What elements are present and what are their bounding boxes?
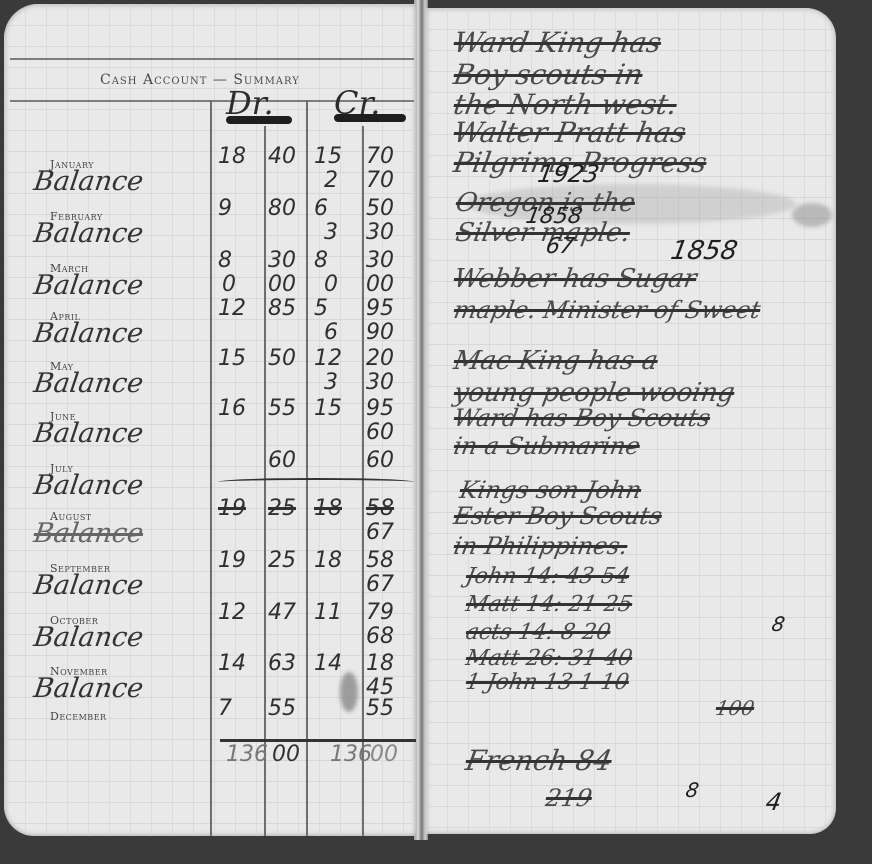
debit-dollars: 18	[218, 144, 246, 169]
debit-cents: 47	[268, 600, 296, 625]
balance-credit-cents: 60	[366, 420, 394, 445]
struck-note-line: acts 14: 8-20	[464, 620, 613, 645]
credit-cents: 60	[366, 448, 394, 473]
month-label: December	[50, 710, 107, 723]
balance-label: Balance	[32, 368, 146, 399]
balance-credit-cents: 00	[366, 272, 394, 297]
debit-cents: 55	[268, 396, 296, 421]
balance-label: Balance	[32, 218, 146, 249]
debit-cents: 25	[268, 548, 296, 573]
balance-label: Balance	[32, 270, 146, 301]
credit-cents: 70	[366, 144, 394, 169]
header-underline	[334, 114, 406, 122]
left-page-cash-account: Cash Account — Summary Dr. Cr. January18…	[4, 4, 416, 836]
note-number: 1858	[668, 236, 739, 266]
credit-dollars: 15	[314, 144, 342, 169]
debit-dollars: 19	[218, 548, 246, 573]
struck-note-line: Silver maple.	[453, 218, 632, 248]
credit-cents: 18	[366, 651, 394, 676]
ink-smudge	[792, 203, 832, 227]
balance-credit-cents: 30	[366, 220, 394, 245]
credit-dollars: 5	[314, 296, 328, 321]
header-underline	[226, 116, 292, 124]
credit-dollars: 11	[314, 600, 342, 625]
debit-dollars: 9	[218, 196, 232, 221]
credit-dollars: 6	[314, 196, 328, 221]
credit-dollars: 8	[314, 248, 328, 273]
balance-label: Balance	[32, 570, 146, 601]
struck-note-line: 219	[544, 784, 595, 812]
struck-note-line: Ward has Boy Scouts	[452, 404, 713, 432]
credit-cents: 20	[366, 346, 394, 371]
balance-label: Balance	[32, 470, 146, 501]
struck-note-line: maple. Minister of Sweet	[452, 296, 763, 324]
struck-note-line: in a Submarine	[452, 432, 643, 460]
credit-cents: 95	[366, 296, 394, 321]
debit-cents: 80	[268, 196, 296, 221]
balance-label: Balance	[32, 166, 146, 197]
column-line	[306, 100, 308, 836]
balance-credit-dollars: 3	[324, 220, 338, 245]
balance-credit-dollars: 0	[324, 272, 338, 297]
credit-cents: 30	[366, 248, 394, 273]
credit-cents: 95	[366, 396, 394, 421]
credit-cents: 50	[366, 196, 394, 221]
struck-note-line: Matt 26: 31-40	[464, 646, 635, 671]
credit-dollars: 18	[314, 548, 342, 573]
credit-cents: 55	[366, 696, 394, 721]
balance-credit-dollars: 6	[324, 320, 338, 345]
balance-credit-cents: 67	[366, 520, 394, 545]
balance-credit-cents: 68	[366, 624, 394, 649]
debit-dollars: 12	[218, 600, 246, 625]
total-dr-cents: 00	[272, 742, 300, 767]
balance-credit-dollars: 3	[324, 370, 338, 395]
struck-note-line: Kings son John	[458, 476, 644, 504]
debit-cents: 60	[268, 448, 296, 473]
balance-debit-cents: 00	[268, 272, 296, 297]
debit-dollars: 14	[218, 651, 246, 676]
struck-note-line: 1 John 13 1-10	[464, 670, 631, 695]
top-rule	[10, 58, 414, 60]
debit-dollars: 19	[218, 496, 246, 521]
credit-cents: 79	[366, 600, 394, 625]
struck-note-line: in Philippines.	[452, 532, 630, 560]
ink-blot	[340, 672, 358, 712]
total-cr-dollars: 136	[330, 742, 372, 767]
note-number: 1923	[536, 160, 602, 188]
struck-note-line: John 14: 43-54	[464, 564, 632, 589]
debit-cents: 40	[268, 144, 296, 169]
note-number: 67	[544, 234, 576, 259]
credit-dollars: 14	[314, 651, 342, 676]
balance-label: Balance	[32, 673, 146, 704]
balance-label: Balance	[32, 318, 146, 349]
debit-cents: 25	[268, 496, 296, 521]
total-cr-cents: 00	[370, 742, 398, 767]
balance-label: Balance	[32, 518, 146, 549]
balance-credit-cents: 70	[366, 168, 394, 193]
debit-cents: 50	[268, 346, 296, 371]
credit-dollars: 15	[314, 396, 342, 421]
debit-dollars: 8	[218, 248, 232, 273]
credit-dollars: 12	[314, 346, 342, 371]
struck-note-line: Webber has Sugar	[451, 264, 699, 294]
struck-note-line: Ester Boy Scouts	[452, 502, 665, 530]
struck-note-line: Walter Pratt has	[451, 116, 688, 149]
column-line	[210, 100, 212, 836]
balance-credit-dollars: 2	[324, 168, 338, 193]
balance-label: Balance	[32, 622, 146, 653]
balance-credit-cents: 67	[366, 572, 394, 597]
struck-note-line: Boy scouts in	[451, 58, 645, 91]
debit-dollars: 16	[218, 396, 246, 421]
struck-note-line: Matt 14: 21-25	[464, 592, 635, 617]
debit-dollars: 12	[218, 296, 246, 321]
balance-debit-dollars: 0	[222, 272, 236, 297]
struck-note-line: French 84	[463, 744, 614, 777]
debit-dollars: 15	[218, 346, 246, 371]
debit-cents: 55	[268, 696, 296, 721]
credit-cents: 58	[366, 548, 394, 573]
debit-cents: 63	[268, 651, 296, 676]
debit-cents: 30	[268, 248, 296, 273]
wavy-line	[218, 478, 414, 486]
balance-label: Balance	[32, 418, 146, 449]
debit-cents: 85	[268, 296, 296, 321]
struck-note-line: Mac King has a	[451, 346, 660, 376]
credit-cents: 58	[366, 496, 394, 521]
struck-note-line: 100	[714, 696, 756, 720]
total-dr-dollars: 136	[226, 742, 268, 767]
balance-credit-cents: 30	[366, 370, 394, 395]
credit-dollars: 18	[314, 496, 342, 521]
struck-note-line: Ward King has	[451, 26, 664, 59]
right-page-notes: Ward King hasBoy scouts inthe North west…	[426, 8, 836, 834]
balance-credit-cents: 90	[366, 320, 394, 345]
debit-dollars: 7	[218, 696, 232, 721]
